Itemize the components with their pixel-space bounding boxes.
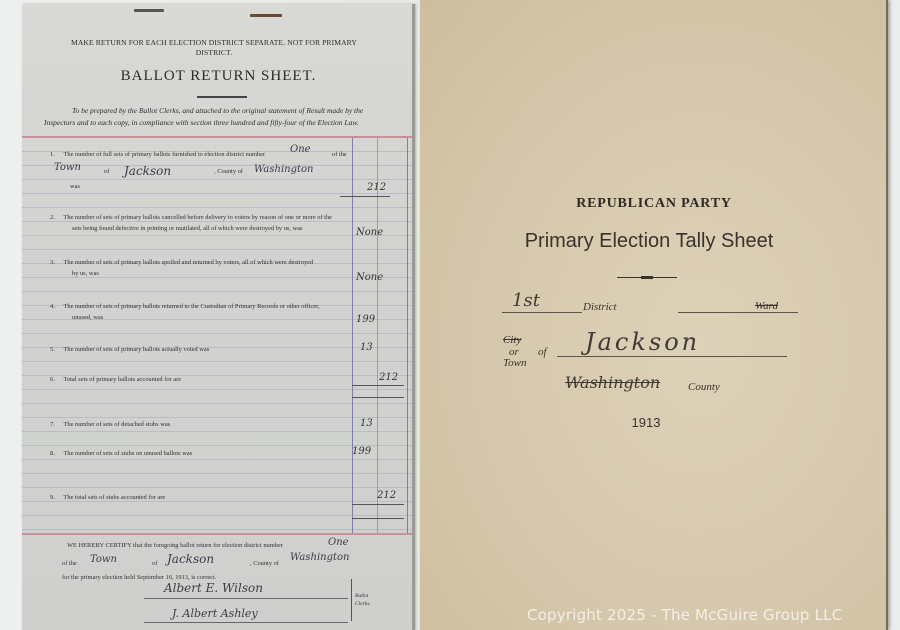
- handwritten-county: Washington: [290, 552, 349, 563]
- cert-of-the: of the: [62, 560, 77, 567]
- staple: [250, 14, 282, 17]
- column-line: [377, 138, 378, 533]
- sheet-title: BALLOT RETURN SHEET.: [22, 68, 415, 85]
- tally-sheet-cover: REPUBLICAN PARTY Primary Election Tally …: [420, 0, 888, 630]
- instructions-text: To be prepared by the Ballot Clerks, and…: [44, 105, 369, 129]
- ward-rule: [678, 312, 798, 313]
- item-3: 3. The number of sets of primary ballots…: [50, 257, 313, 279]
- amount-8: 199: [352, 446, 371, 457]
- item-7: 7. The number of sets of detached stubs …: [50, 419, 170, 430]
- signature-1: Albert E. Wilson: [164, 581, 263, 595]
- place-rule: [557, 356, 787, 357]
- total-rule: [352, 397, 404, 398]
- amount-3: None: [356, 272, 383, 283]
- of-the-label: of the: [332, 149, 347, 160]
- column-line: [352, 138, 353, 533]
- handwritten-district: One: [328, 537, 349, 548]
- handwritten-district: One: [290, 144, 311, 155]
- handwritten-place: Jackson: [124, 164, 171, 178]
- handwritten-county: Washington: [254, 164, 313, 175]
- cert-date-text: for the primary election held September …: [62, 574, 216, 581]
- district-label: District: [583, 301, 617, 313]
- county-label: County: [688, 381, 720, 393]
- ward-label: Ward: [755, 300, 778, 312]
- ballot-return-sheet: MAKE RETURN FOR EACH ELECTION DISTRICT S…: [22, 4, 415, 630]
- item-2: 2. The number of sets of primary ballots…: [50, 212, 332, 234]
- district-rule: [502, 312, 582, 313]
- ornament-divider: [197, 96, 247, 98]
- town-label: Town: [503, 357, 526, 369]
- signature-2: J. Albert Ashley: [172, 607, 258, 620]
- ornament-divider: [617, 277, 677, 278]
- amount-rule: [340, 196, 390, 197]
- item-6: 6. Total sets of primary ballots account…: [50, 374, 181, 385]
- item-5: 5. The number of sets of primary ballots…: [50, 344, 209, 355]
- item-4: 4. The number of sets of primary ballots…: [50, 301, 320, 323]
- handwritten-county: Washington: [565, 373, 660, 392]
- amount-4: 199: [356, 314, 375, 325]
- tally-sheet-title: Primary Election Tally Sheet: [420, 230, 878, 253]
- handwritten-town: Town: [90, 554, 117, 565]
- party-heading: REPUBLICAN PARTY: [420, 196, 888, 212]
- was-label: was: [70, 181, 80, 192]
- handwritten-place: Jackson: [167, 552, 214, 566]
- ruled-lines: [22, 138, 412, 533]
- amount-7: 13: [360, 418, 373, 429]
- item-1: 1. The number of full sets of primary ba…: [50, 149, 265, 160]
- ballot-clerks-label: Ballot Clerks.: [355, 592, 371, 608]
- notice-text: MAKE RETURN FOR EACH ELECTION DISTRICT S…: [54, 38, 374, 58]
- cert-county-label: , County of: [250, 560, 279, 567]
- city-label: City: [503, 334, 521, 346]
- signature-line: [144, 598, 348, 599]
- amount-9: 212: [377, 490, 396, 501]
- county-label: , County of: [214, 166, 243, 177]
- item-9: 9. The total sets of stubs accounted for…: [50, 492, 165, 503]
- signature-line: [144, 622, 348, 623]
- total-rule: [352, 518, 404, 519]
- total-rule: [352, 504, 404, 505]
- handwritten-place: Jackson: [585, 328, 700, 356]
- amount-2: None: [356, 227, 383, 238]
- amount-6: 212: [379, 372, 398, 383]
- copyright-watermark: Copyright 2025 - The McGuire Group LLC: [527, 606, 842, 624]
- red-rule: [22, 533, 412, 535]
- staple: [134, 9, 164, 12]
- handwritten-district: 1st: [512, 290, 540, 311]
- item-8: 8. The number of sets of stubs on unused…: [50, 448, 192, 459]
- total-rule: [352, 385, 404, 386]
- handwritten-town: Town: [54, 162, 81, 173]
- cert-of: of: [152, 560, 157, 567]
- amount-5: 13: [360, 342, 373, 353]
- amount-1: 212: [367, 182, 386, 193]
- column-line: [407, 138, 408, 533]
- of-label: of: [538, 346, 547, 358]
- brace: [348, 579, 352, 621]
- of-label: of: [104, 166, 109, 177]
- item-text: The number of full sets of primary ballo…: [63, 151, 265, 158]
- year: 1913: [420, 415, 872, 430]
